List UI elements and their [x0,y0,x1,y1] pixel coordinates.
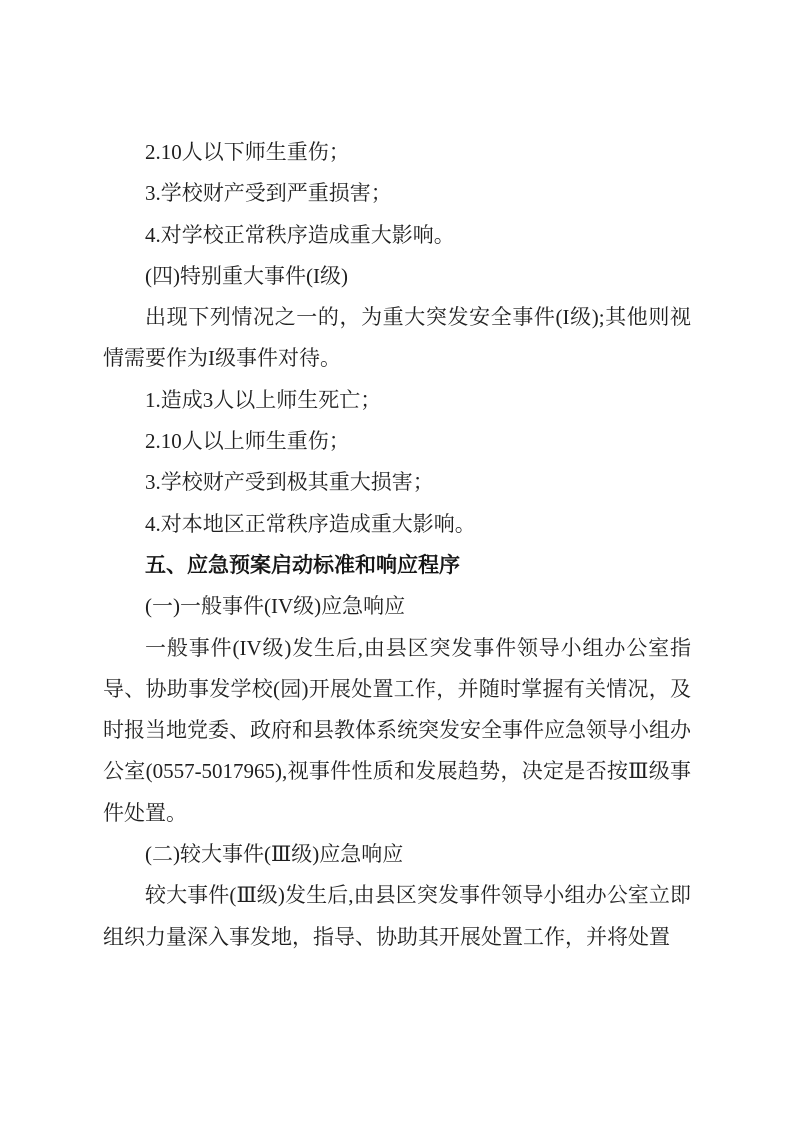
document-list-item: 4.对学校正常秩序造成重大影响。 [103,215,691,256]
document-content: 2.10人以下师生重伤；3.学校财产受到严重损害；4.对学校正常秩序造成重大影响… [103,132,691,958]
document-subheading: (一)一般事件(IV级)应急响应 [103,586,691,627]
document-list-item: 3.学校财产受到极其重大损害； [103,462,691,503]
document-list-item: 4.对本地区正常秩序造成重大影响。 [103,504,691,545]
document-subheading: (二)较大事件(Ⅲ级)应急响应 [103,834,691,875]
document-list-item: 1.造成3人以上师生死亡； [103,380,691,421]
document-list-item: 2.10人以上师生重伤； [103,421,691,462]
document-paragraph: 较大事件(Ⅲ级)发生后,由县区突发事件领导小组办公室立即组织力量深入事发地，指导… [103,875,691,958]
document-paragraph: 一般事件(IV级)发生后,由县区突发事件领导小组办公室指导、协助事发学校(园)开… [103,628,691,834]
document-list-item: 2.10人以下师生重伤； [103,132,691,173]
document-heading: 五、应急预案启动标准和响应程序 [103,545,691,586]
document-list-item: 3.学校财产受到严重损害； [103,173,691,214]
document-subheading: (四)特别重大事件(I级) [103,256,691,297]
document-page: 2.10人以下师生重伤；3.学校财产受到严重损害；4.对学校正常秩序造成重大影响… [0,0,793,1122]
document-paragraph: 出现下列情况之一的，为重大突发安全事件(I级);其他则视情需要作为I级事件对待。 [103,297,691,380]
